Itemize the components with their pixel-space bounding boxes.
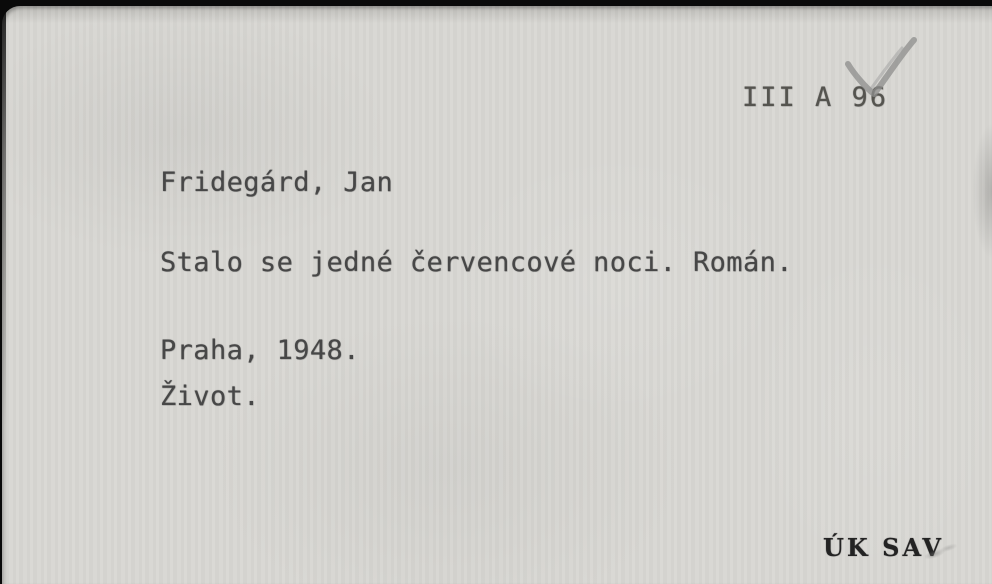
scan-left-edge	[2, 6, 6, 426]
title: Stalo se jedné červencové noci. Román.	[160, 249, 793, 276]
series-note: Život.	[160, 383, 260, 410]
author: Fridegárd, Jan	[160, 169, 393, 196]
catalog-card: III A 96 Fridegárd, Jan Stalo se jedné č…	[2, 6, 992, 584]
imprint: Praha, 1948.	[160, 337, 360, 364]
pencil-checkmark-icon	[840, 32, 930, 104]
